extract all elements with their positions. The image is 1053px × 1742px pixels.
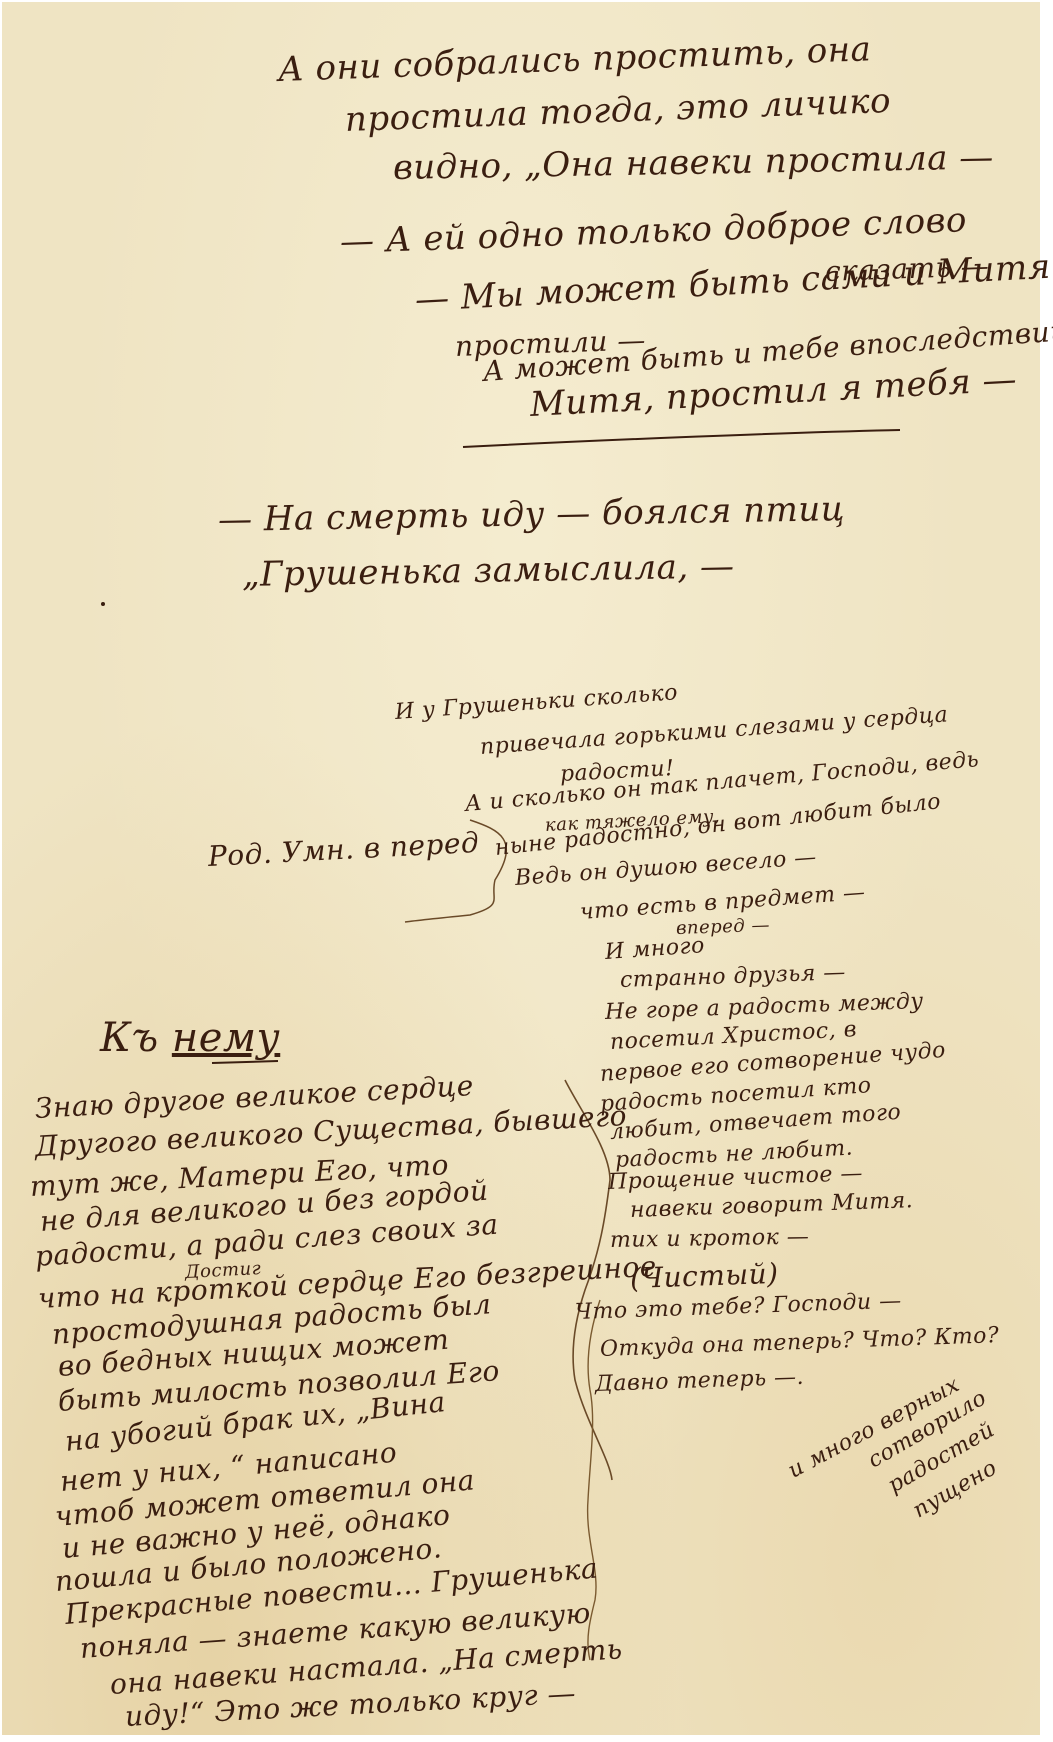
section-rule: [463, 430, 900, 447]
section-title: Къ нему: [100, 1015, 280, 1061]
section-title-prefix: Къ: [100, 1015, 159, 1061]
ink-dot: [101, 602, 105, 606]
text-line: тих и кроток —: [610, 1225, 810, 1253]
title-underline: [212, 1061, 278, 1063]
section-title-word: нему: [172, 1015, 280, 1061]
